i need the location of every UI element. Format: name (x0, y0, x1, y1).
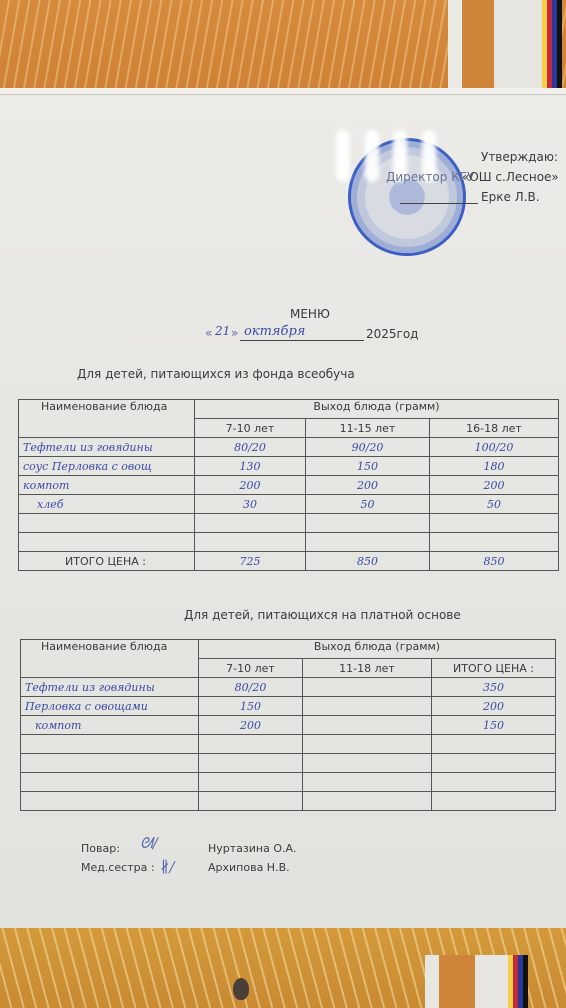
table-row: Перловка с овощами 150 200 (21, 697, 556, 716)
pin-icon (233, 978, 249, 1000)
date-year: 2025год (366, 327, 418, 341)
yield-cell (303, 716, 432, 735)
table-free-meals: Наименование блюда Выход блюда (грамм) 7… (18, 399, 559, 571)
dish-name: Тефтели из говядины (19, 438, 195, 457)
signature-name-cook: Нуртазина О.А. (208, 842, 297, 855)
table-row (21, 754, 556, 773)
col-header-total: ИТОГО ЦЕНА : (432, 659, 556, 678)
nurse-signature: ∦/ (160, 858, 175, 876)
yield-cell: 150 (306, 457, 430, 476)
table-row: компот 200 200 200 (19, 476, 559, 495)
total-price: 850 (306, 552, 430, 571)
date-month: октября (244, 324, 305, 339)
col-header-dish: Наименование блюда (21, 640, 199, 678)
dish-name: хлеб (19, 495, 195, 514)
yield-cell: 130 (195, 457, 306, 476)
signature-role-nurse: Мед.сестра : (81, 861, 155, 874)
table-row (19, 533, 559, 552)
col-header-yield: Выход блюда (грамм) (199, 640, 556, 659)
signature-line (400, 203, 478, 204)
col-header-age: 7-10 лет (195, 419, 306, 438)
yield-cell (303, 697, 432, 716)
yield-cell: 80/20 (195, 438, 306, 457)
date-open-quote: « (205, 326, 212, 340)
yield-cell (303, 678, 432, 697)
section2-heading: Для детей, питающихся на платной основе (184, 608, 461, 622)
board-background-bottom (0, 925, 566, 1008)
dish-name: соус Перловка с овощ (19, 457, 195, 476)
yield-cell: 90/20 (306, 438, 430, 457)
yield-cell: 100/20 (430, 438, 559, 457)
col-header-age: 7-10 лет (199, 659, 303, 678)
yield-cell: 150 (199, 697, 303, 716)
table-row: компот 200 150 (21, 716, 556, 735)
dish-name: Перловка с овощами (21, 697, 199, 716)
yield-cell: 180 (430, 457, 559, 476)
price-cell: 150 (432, 716, 556, 735)
signature-role-cook: Повар: (81, 842, 120, 855)
col-header-yield: Выход блюда (грамм) (195, 400, 559, 419)
yield-cell: 80/20 (199, 678, 303, 697)
cook-signature: ᘛ∕ (140, 834, 158, 852)
total-row: ИТОГО ЦЕНА : 725 850 850 (19, 552, 559, 571)
section1-heading: Для детей, питающихся из фонда всеобуча (77, 367, 355, 381)
yield-cell: 50 (430, 495, 559, 514)
date-day: 21 (215, 324, 230, 338)
signature-name-nurse: Архипова Н.В. (208, 861, 290, 874)
col-header-age: 16-18 лет (430, 419, 559, 438)
table-row: хлеб 30 50 50 (19, 495, 559, 514)
yield-cell: 200 (306, 476, 430, 495)
total-label: ИТОГО ЦЕНА : (19, 552, 195, 571)
total-price: 850 (430, 552, 559, 571)
yield-cell: 200 (430, 476, 559, 495)
dish-name: компот (19, 476, 195, 495)
table-row: соус Перловка с овощ 130 150 180 (19, 457, 559, 476)
table-row: Тефтели из говядины 80/20 90/20 100/20 (19, 438, 559, 457)
yield-cell: 30 (195, 495, 306, 514)
table-row (21, 735, 556, 754)
col-header-age: 11-18 лет (303, 659, 432, 678)
approval-label: Утверждаю: (481, 150, 558, 164)
date-close-quote: » (231, 326, 238, 340)
table-row (21, 773, 556, 792)
col-header-dish: Наименование блюда (19, 400, 195, 438)
yield-cell: 200 (195, 476, 306, 495)
dish-name: Тефтели из говядины (21, 678, 199, 697)
table-row (21, 792, 556, 811)
table-row: Тефтели из говядины 80/20 350 (21, 678, 556, 697)
approval-org: «ОШ с.Лесное» (462, 170, 559, 184)
table-paid-meals: Наименование блюда Выход блюда (грамм) 7… (20, 639, 556, 811)
flag-stripes (542, 0, 566, 90)
yield-cell: 50 (306, 495, 430, 514)
light-glare (336, 130, 350, 182)
approval-signer: Ерке Л.В. (481, 190, 540, 204)
price-cell: 200 (432, 697, 556, 716)
board-background-top (0, 0, 566, 90)
dish-name: компот (21, 716, 199, 735)
table-row (19, 514, 559, 533)
page-title: МЕНЮ (290, 307, 330, 321)
col-header-age: 11-15 лет (306, 419, 430, 438)
yield-cell: 200 (199, 716, 303, 735)
flag-stripes-bottom (508, 955, 532, 1008)
total-price: 725 (195, 552, 306, 571)
price-cell: 350 (432, 678, 556, 697)
